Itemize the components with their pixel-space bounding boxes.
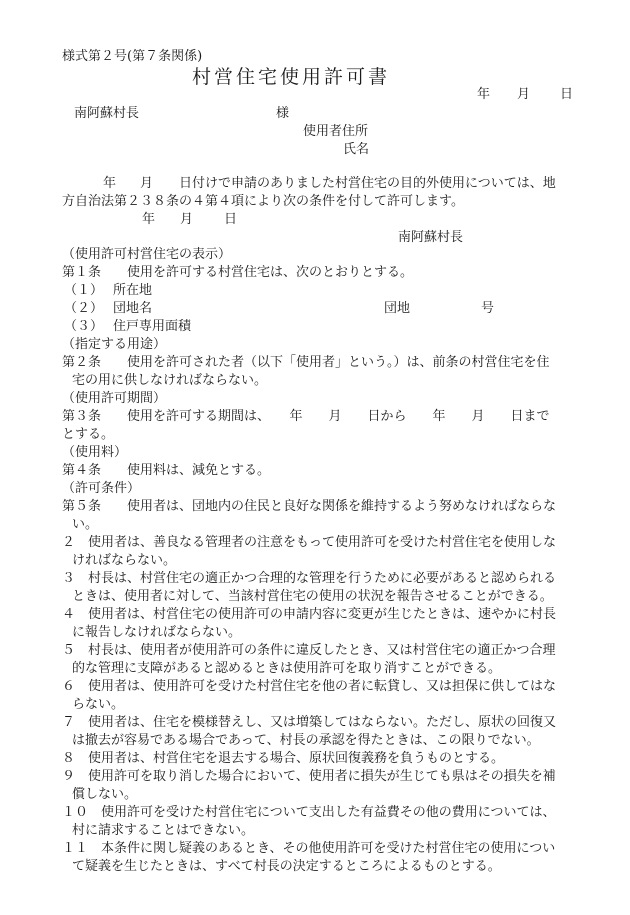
date-month: 月 xyxy=(517,87,530,103)
article5-caption: （許可条件） xyxy=(62,481,140,497)
article3-caption: （使用許可期間） xyxy=(62,391,166,407)
document-title: 村営住宅使用許可書 xyxy=(192,66,390,88)
condition-10-line1: １０ 使用許可を受けた村営住宅について支出した有益費その他の費用については、 xyxy=(62,805,555,821)
article4-caption: （使用料） xyxy=(62,445,127,461)
condition-9-line2: 償しない。 xyxy=(72,787,137,803)
addressee: 南阿蘇村長 xyxy=(74,106,139,122)
condition-6-line1: ６ 使用者は、使用許可を受けた村営住宅を他の者に転貸し、又は担保に供してはな xyxy=(62,679,556,695)
condition-3-line2: ときは、使用者に対して、当該村営住宅の使用の状況を報告させることができる。 xyxy=(72,589,553,605)
form-number: 様式第２号(第７条関係) xyxy=(62,49,202,65)
intro-line1: 日付けで申請のありました村営住宅の目的外使用については、地 xyxy=(179,176,556,192)
condition-2-line1: ２ 使用者は、善良なる管理者の注意をもって使用許可を受けた村営住宅を使用しな xyxy=(62,535,556,551)
date-day: 日 xyxy=(560,87,573,103)
item3-no: （３） xyxy=(64,319,103,335)
condition-11-line1: １１ 本条件に関し疑義のあるとき、その他使用許可を受けた村営住宅の使用につい xyxy=(62,841,555,857)
article2-line1: 第２条 使用を許可された者（以下「使用者」という。）は、前条の村営住宅を住 xyxy=(62,355,550,371)
item2-go: 号 xyxy=(481,301,494,317)
article5-line2: い。 xyxy=(72,517,98,533)
item1-no: （１） xyxy=(64,283,103,299)
user-name-label: 氏名 xyxy=(343,142,369,158)
condition-4-line2: に報告しなければならない。 xyxy=(72,625,241,641)
condition-5-line2: 的な管理に支障があると認めるときは使用許可を取り消すことができる。 xyxy=(72,661,501,677)
intro-line2: 方自治法第２３８条の４第４項により次の条件を付して許可します。 xyxy=(62,194,464,210)
honorific: 様 xyxy=(276,106,289,122)
article4-text: 第４条 使用料は、減免とする。 xyxy=(62,463,270,479)
item2-no: （２） xyxy=(64,301,103,317)
permit-month: 月 xyxy=(180,212,193,228)
condition-9-line1: ９ 使用許可を取り消した場合において、使用者に損失が生じても県はその損失を補 xyxy=(62,769,556,785)
item3-label: 住戸専用面積 xyxy=(113,319,191,335)
permit-day: 日 xyxy=(224,212,237,228)
intro-month: 月 xyxy=(140,176,153,192)
item2-label: 団地名 xyxy=(113,301,152,317)
condition-5-line1: ５ 村長は、使用者が使用許可の条件に違反したとき、又は村営住宅の適正かつ合理 xyxy=(62,643,555,659)
condition-6-line2: らない。 xyxy=(72,697,124,713)
article1-text: 第１条 使用を許可する村営住宅は、次のとおりとする。 xyxy=(62,265,413,281)
article2-line2: 宅の用に供しなければならない。 xyxy=(72,373,267,389)
condition-7-line2: は撤去が容易である場合であって、村長の承認を得たときは、この限りでない。 xyxy=(72,733,540,749)
condition-8-line1: ８ 使用者は、村営住宅を退去する場合、原状回復義務を負うものとする。 xyxy=(62,751,504,767)
condition-10-line2: 村に請求することはできない。 xyxy=(72,823,254,839)
intro-year: 年 xyxy=(103,176,116,192)
condition-7-line1: ７ 使用者は、住宅を模様替えし、又は増築してはならない。ただし、原状の回復又 xyxy=(62,715,556,731)
condition-3-line1: ３ 村長は、村営住宅の適正かつ合理的な管理を行うために必要があると認められる xyxy=(62,571,556,587)
permit-year: 年 xyxy=(142,212,155,228)
user-address-label: 使用者住所 xyxy=(303,124,368,140)
article3-line1: 第３条 使用を許可する期間は、 年 月 日から 年 月 日まで xyxy=(62,409,550,425)
issuer: 南阿蘇村長 xyxy=(398,230,463,246)
condition-2-line2: ければならない。 xyxy=(72,553,176,569)
item1-label: 所在地 xyxy=(113,283,152,299)
article5-line1: 第５条 使用者は、団地内の住民と良好な関係を維持するよう努めなければならな xyxy=(62,499,556,515)
condition-11-line2: て疑義を生じたときは、すべて村長の決定するところによるものとする。 xyxy=(72,859,501,875)
article1-caption: （使用許可村営住宅の表示） xyxy=(62,247,231,263)
article2-caption: （指定する用途） xyxy=(62,337,166,353)
date-year: 年 xyxy=(477,87,490,103)
item2-danchi: 団地 xyxy=(384,301,410,317)
condition-4-line1: ４ 使用者は、村営住宅の使用許可の申請内容に変更が生じたときは、速やかに村長 xyxy=(62,607,556,623)
article3-line2: とする。 xyxy=(62,427,114,443)
